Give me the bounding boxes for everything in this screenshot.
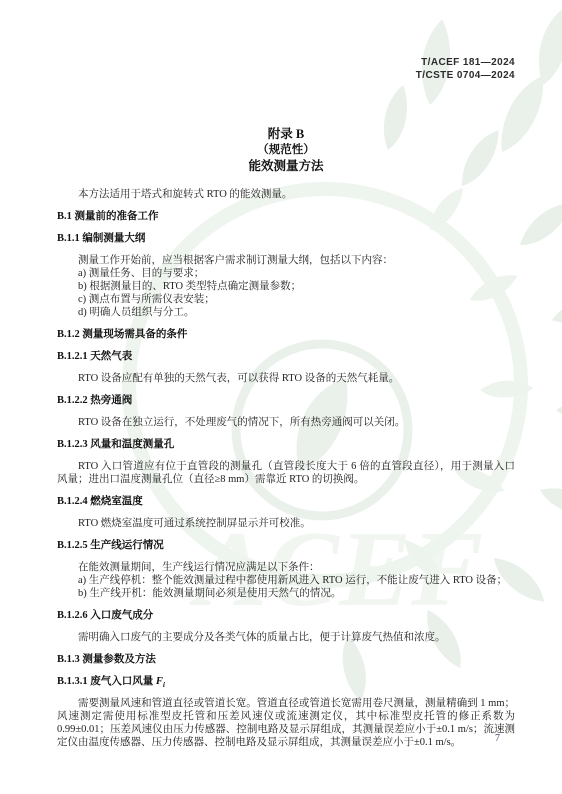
list-item: a) 生产线停机：整个能效测量过程中都使用新风进入 RTO 运行，不能让废气进入… (78, 574, 515, 587)
heading-b126: B.1.2.6 入口废气成分 (57, 609, 515, 622)
paragraph-b125-lead: 在能效测量期间，生产线运行情况应满足以下条件： (57, 561, 515, 574)
paragraph-b121: RTO 设备应配有单独的天然气表，可以获得 RTO 设备的天然气耗量。 (57, 372, 515, 385)
paragraph-b126: 需明确入口废气的主要成分及各类气体的质量占比，便于计算废气热值和浓度。 (57, 631, 515, 644)
flow-symbol: Fi (156, 676, 165, 687)
heading-b13: B.1.3 测量参数及方法 (57, 653, 515, 666)
paragraph-b124: RTO 燃烧室温度可通过系统控制屏显示并可校准。 (57, 517, 515, 530)
page-content: T/ACEF 181—2024 T/CSTE 0704—2024 附录 B （规… (57, 0, 515, 749)
heading-b124: B.1.2.4 燃烧室温度 (57, 495, 515, 508)
paragraph-b131: 需要测量风速和管道直径或管道长宽。管道直径或管道长宽需用卷尺测量，测量精确到 1… (57, 697, 515, 749)
list-item: b) 生产线开机：能效测量期间必须是使用天然气的情况。 (78, 587, 515, 600)
heading-b123: B.1.2.3 风量和温度测量孔 (57, 438, 515, 451)
page-header: T/ACEF 181—2024 T/CSTE 0704—2024 (57, 56, 515, 82)
heading-b1: B.1 测量前的准备工作 (57, 210, 515, 223)
list-item: c) 测点布置与所需仪表安装； (78, 293, 515, 306)
intro-paragraph: 本方法适用于塔式和旋转式 RTO 的能效测量。 (57, 188, 515, 201)
list-item: b) 根据测量目的、RTO 类型特点确定测量参数； (78, 280, 515, 293)
heading-b131: B.1.3.1 废气入口风量 Fi (57, 675, 515, 688)
appendix-title-block: 附录 B （规范性） 能效测量方法 (57, 126, 515, 174)
page-number: 7 (495, 733, 500, 745)
paragraph-b122: RTO 设备在独立运行，不处理废气的情况下，所有热旁通阀可以关闭。 (57, 416, 515, 429)
heading-b125: B.1.2.5 生产线运行情况 (57, 539, 515, 552)
appendix-normative-label: （规范性） (57, 142, 515, 158)
heading-b131-text: B.1.3.1 废气入口风量 (57, 676, 153, 687)
document-body: 本方法适用于塔式和旋转式 RTO 的能效测量。 B.1 测量前的准备工作 B.1… (57, 188, 515, 749)
paragraph-b123: RTO 入口管道应有位于直管段的测量孔（直管段长度大于 6 倍的直管段直径），用… (57, 460, 515, 486)
list-b11: a) 测量任务、目的与要求； b) 根据测量目的、RTO 类型特点确定测量参数；… (57, 267, 515, 319)
heading-b11: B.1.1 编制测量大纲 (57, 232, 515, 245)
list-item: a) 测量任务、目的与要求； (78, 267, 515, 280)
paragraph-b11-lead: 测量工作开始前，应当根据客户需求制订测量大纲，包括以下内容： (57, 254, 515, 267)
appendix-subject-title: 能效测量方法 (57, 158, 515, 174)
appendix-label: 附录 B (57, 126, 515, 142)
heading-b121: B.1.2.1 天然气表 (57, 350, 515, 363)
document-page: ACEF (0, 0, 562, 794)
standard-code-cste: T/CSTE 0704—2024 (57, 69, 515, 82)
list-item: d) 明确人员组织与分工。 (78, 306, 515, 319)
heading-b12: B.1.2 测量现场需具备的条件 (57, 328, 515, 341)
standard-code-acef: T/ACEF 181—2024 (57, 56, 515, 69)
list-b125: a) 生产线停机：整个能效测量过程中都使用新风进入 RTO 运行，不能让废气进入… (57, 574, 515, 600)
heading-b122: B.1.2.2 热旁通阀 (57, 394, 515, 407)
